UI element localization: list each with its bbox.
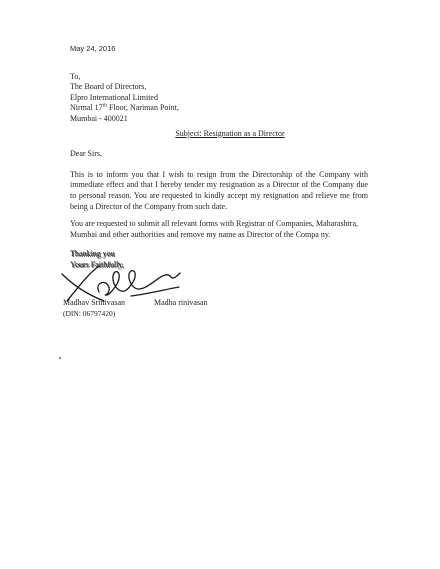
subject-text: Subject: Resignation as a Director <box>175 129 284 138</box>
subject-line: Subject: Resignation as a Director <box>70 129 368 140</box>
closing-thanking-ghost: Thanking you <box>71 250 116 261</box>
body-paragraph-1: This is to inform you that I wish to res… <box>70 170 368 212</box>
signatory-din: (DIN: 06797420) <box>63 309 368 320</box>
address-street-pre: Nirmal 17 <box>70 103 103 112</box>
letter-date: May 24, 2016 <box>70 44 368 55</box>
address-street: Nirmal 17th Floor, Nariman Point, <box>70 103 368 114</box>
greeting: Dear Sirs, <box>70 149 368 160</box>
signature-scribble <box>58 262 190 306</box>
signature-area <box>70 271 368 298</box>
address-to: To, <box>70 72 368 83</box>
recipient-address: To, The Board of Directors, Elpro Intern… <box>70 72 368 125</box>
address-company: Elpro International Limited <box>70 93 368 104</box>
address-board: The Board of Directors, <box>70 82 368 93</box>
letter-content: May 24, 2016 To, The Board of Directors,… <box>70 44 368 319</box>
stray-mark <box>59 357 61 359</box>
address-street-post: Floor, Nariman Point, <box>107 103 179 112</box>
closing-thanking: Thanking you Thanking you <box>70 249 368 260</box>
letter-page: May 24, 2016 To, The Board of Directors,… <box>0 0 440 569</box>
address-city: Mumbai - 400021 <box>70 114 368 125</box>
body-paragraph-2: You are requested to submit all relevant… <box>70 219 368 240</box>
